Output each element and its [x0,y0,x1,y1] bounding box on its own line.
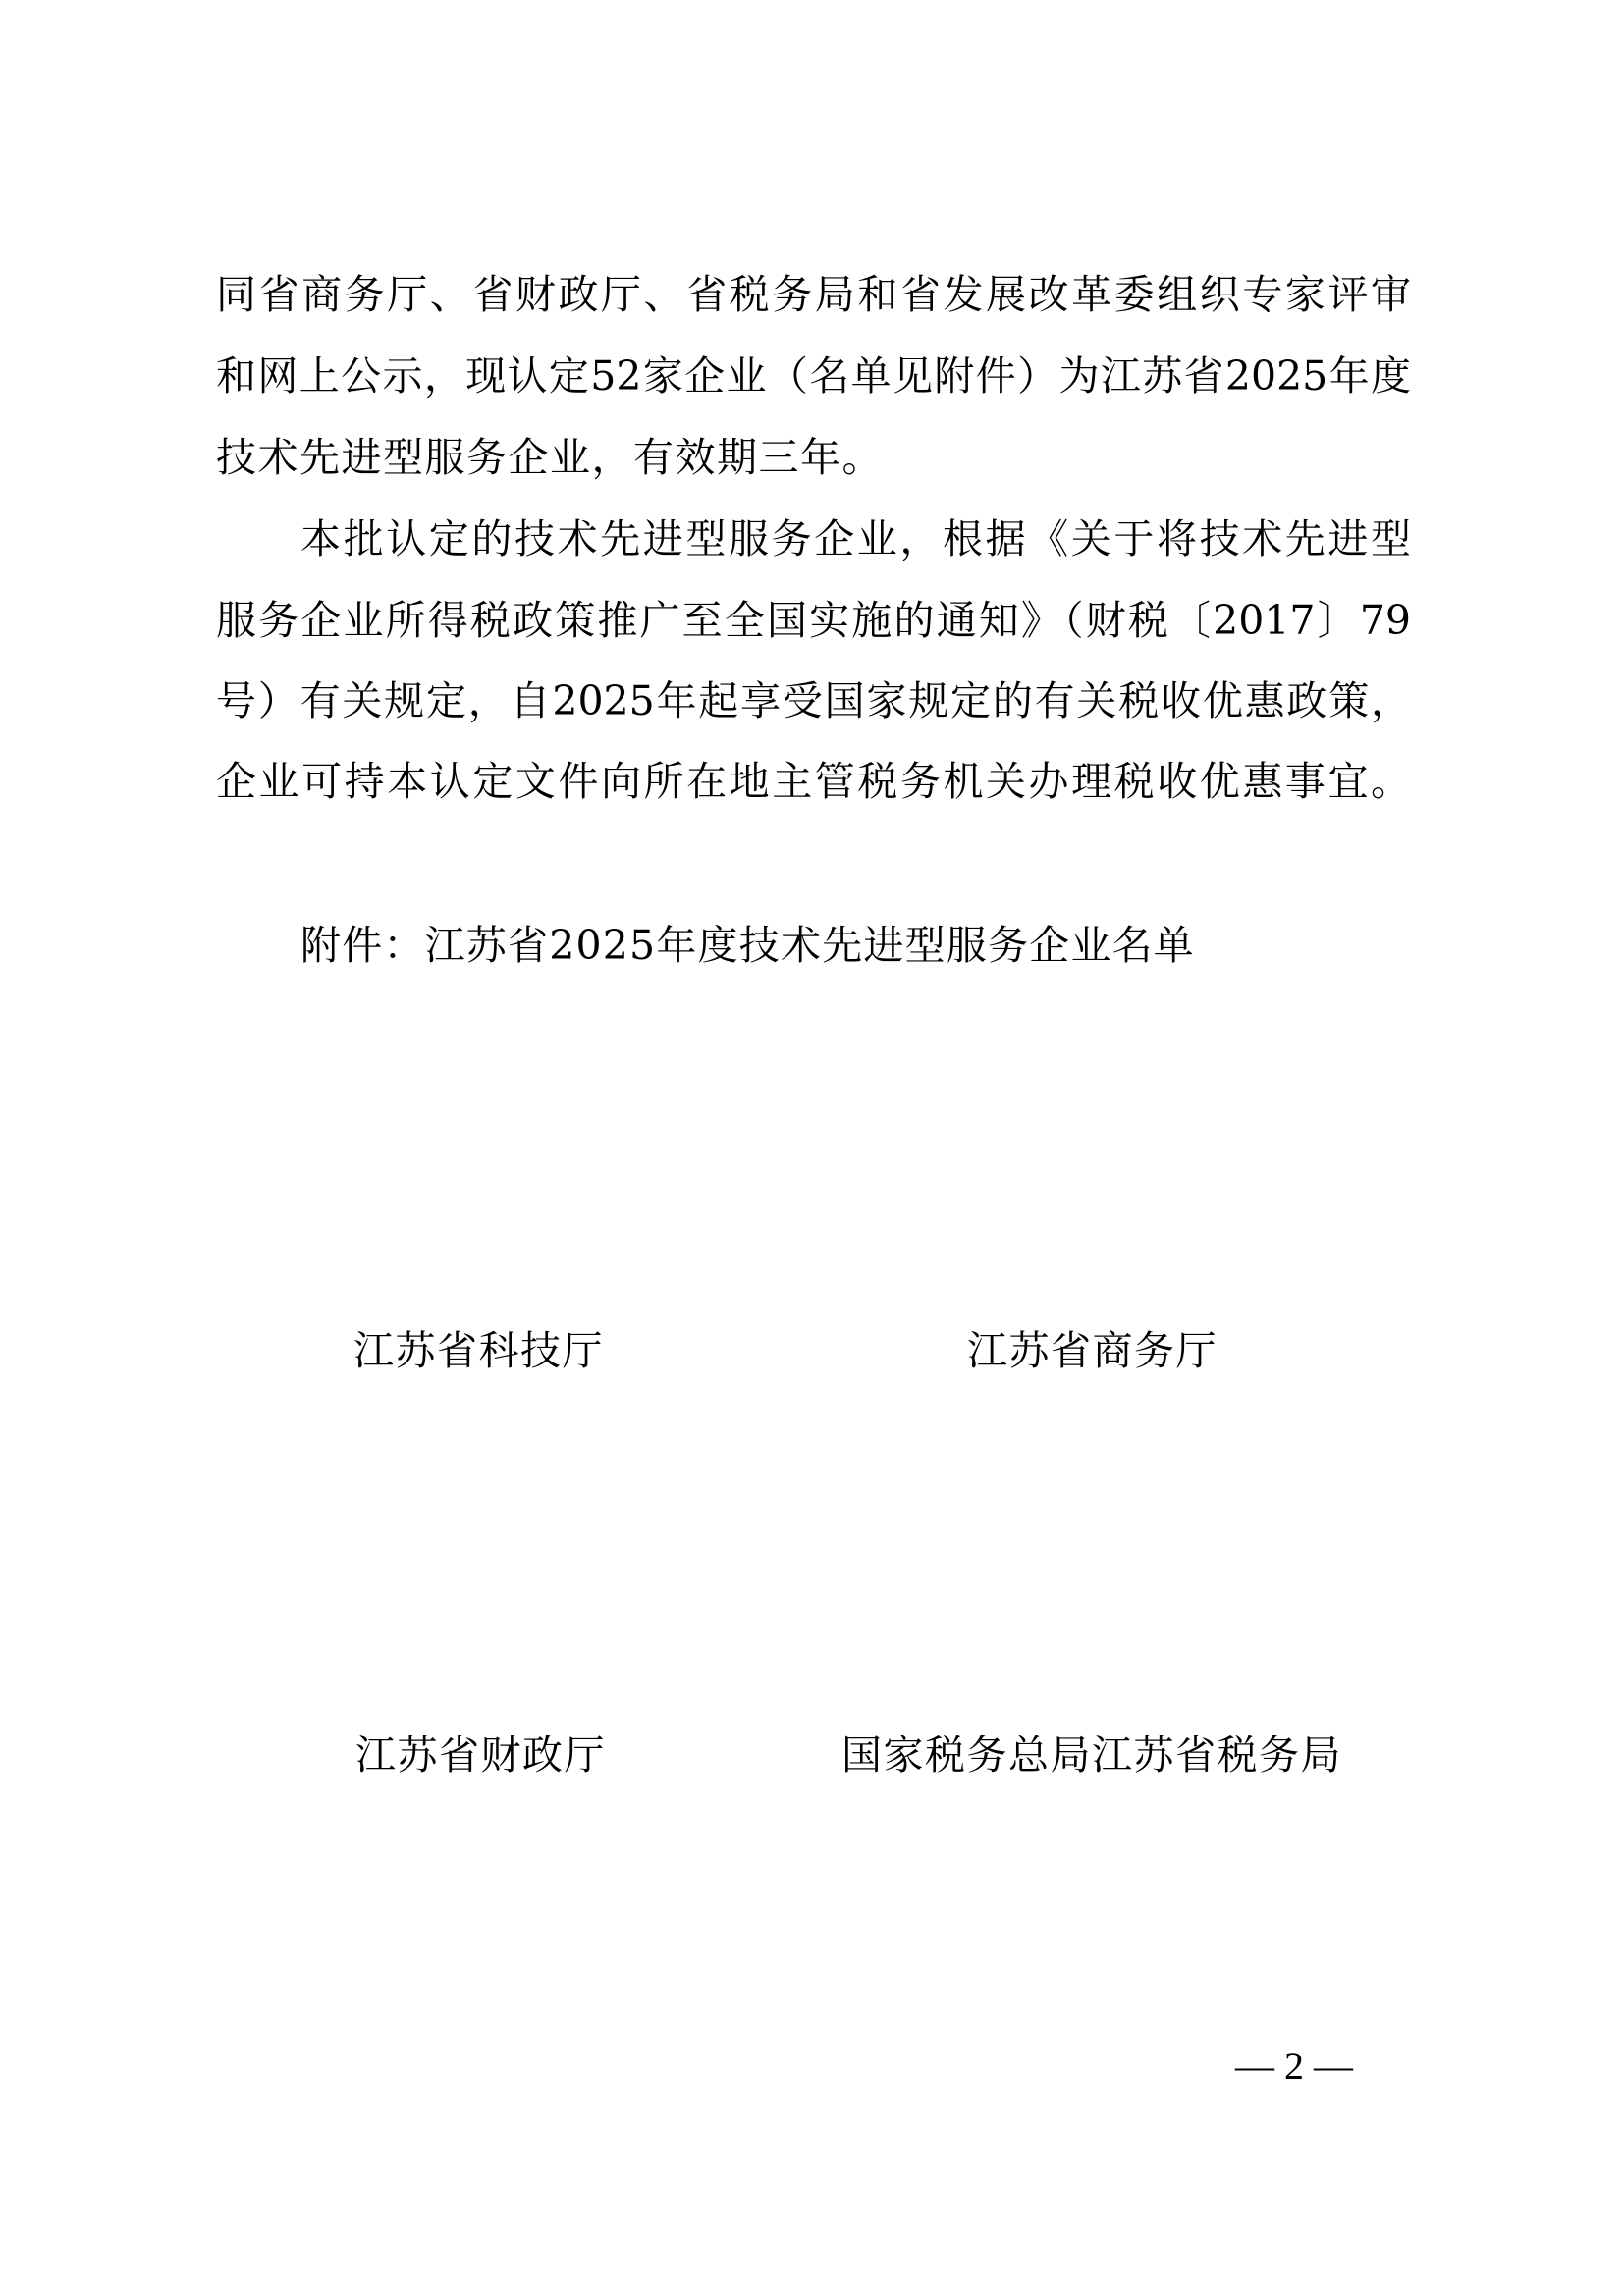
signature-finance-dept: 江苏省财政厅 [355,1726,606,1785]
attachment-note: 附件：江苏省2025年度技术先进型服务企业名单 [300,916,1195,975]
body-line: 技术先进型服务企业，有效期三年。 [216,428,1411,487]
body-line: 本批认定的技术先进型服务企业，根据《关于将技术先进型 [300,509,1411,568]
signature-science-technology-dept: 江苏省科技厅 [353,1321,604,1380]
body-line: 和网上公示，现认定52家企业（名单见附件）为江苏省2025年度 [216,347,1411,405]
signature-tax-bureau: 国家税务总局江苏省税务局 [841,1726,1342,1785]
document-page: 同省商务厅、省财政厅、省税务局和省发展改革委组织专家评审 和网上公示，现认定52… [0,0,1624,2296]
body-line: 同省商务厅、省财政厅、省税务局和省发展改革委组织专家评审 [216,265,1411,324]
body-line: 服务企业所得税政策推广至全国实施的通知》（财税〔2017〕79 [216,591,1411,650]
body-line: 企业可持本认定文件向所在地主管税务机关办理税收优惠事宜。 [216,752,1411,811]
body-line: 号）有关规定，自2025年起享受国家规定的有关税收优惠政策， [216,671,1411,730]
signature-commerce-dept: 江苏省商务厅 [967,1321,1218,1380]
page-number: — 2 — [1235,2042,1353,2091]
